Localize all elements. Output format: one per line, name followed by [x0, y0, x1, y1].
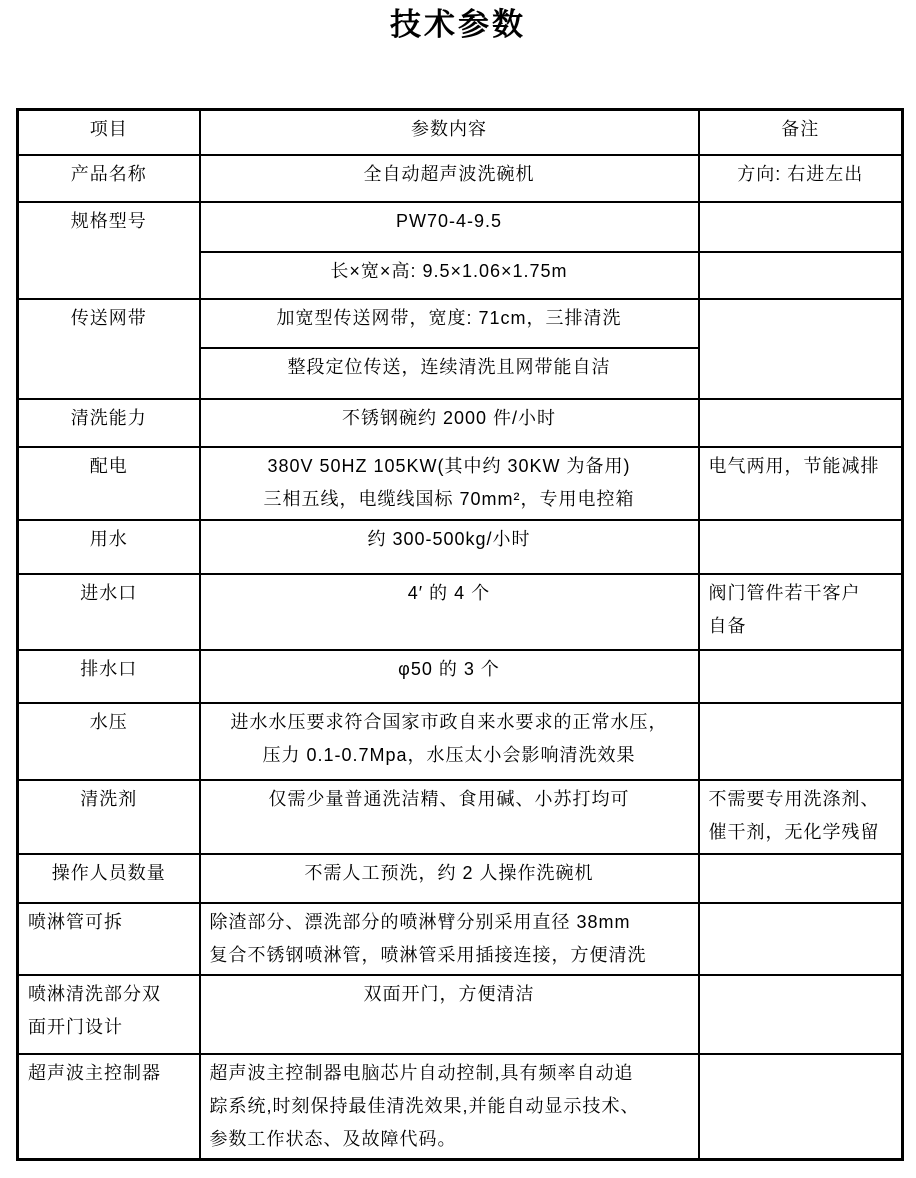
- cell-item: 水压: [18, 703, 200, 780]
- cell-remark: [699, 1054, 903, 1160]
- table-row: 用水 约 300-500kg/小时: [18, 520, 903, 574]
- cell-remark: [699, 299, 903, 399]
- cell-content: 长×宽×高: 9.5×1.06×1.75m: [200, 252, 699, 299]
- cell-item: 超声波主控制器: [18, 1054, 200, 1160]
- cell-content: 加宽型传送网带，宽度: 71cm，三排清洗: [200, 299, 699, 348]
- cell-remark: [699, 252, 903, 299]
- cell-content: 不锈钢碗约 2000 件/小时: [200, 399, 699, 447]
- cell-remark: 不需要专用洗涤剂、 催干剂，无化学残留: [699, 780, 903, 854]
- table-row: 水压 进水水压要求符合国家市政自来水要求的正常水压， 压力 0.1-0.7Mpa…: [18, 703, 903, 780]
- column-header-item: 项目: [18, 110, 200, 155]
- cell-item: 进水口: [18, 574, 200, 650]
- cell-remark: 电气两用，节能减排: [699, 447, 903, 520]
- table-row: 操作人员数量 不需人工预洗，约 2 人操作洗碗机: [18, 854, 903, 903]
- cell-item: 喷淋管可拆: [18, 903, 200, 975]
- table-row: 喷淋清洗部分双 面开门设计 双面开门，方便清洁: [18, 975, 903, 1054]
- cell-content: 进水水压要求符合国家市政自来水要求的正常水压， 压力 0.1-0.7Mpa，水压…: [200, 703, 699, 780]
- cell-content: 仅需少量普通洗洁精、食用碱、小苏打均可: [200, 780, 699, 854]
- cell-remark: [699, 903, 903, 975]
- table-row: 喷淋管可拆 除渣部分、漂洗部分的喷淋臂分别采用直径 38mm 复合不锈钢喷淋管，…: [18, 903, 903, 975]
- table-row: 产品名称 全自动超声波洗碗机 方向: 右进左出: [18, 155, 903, 202]
- column-header-content: 参数内容: [200, 110, 699, 155]
- cell-remark: 方向: 右进左出: [699, 155, 903, 202]
- table-header-row: 项目 参数内容 备注: [18, 110, 903, 155]
- table-row: 清洗剂 仅需少量普通洗洁精、食用碱、小苏打均可 不需要专用洗涤剂、 催干剂，无化…: [18, 780, 903, 854]
- cell-content: 除渣部分、漂洗部分的喷淋臂分别采用直径 38mm 复合不锈钢喷淋管，喷淋管采用插…: [200, 903, 699, 975]
- cell-item: 产品名称: [18, 155, 200, 202]
- cell-content: 整段定位传送，连续清洗且网带能自洁: [200, 348, 699, 399]
- cell-item: 清洗能力: [18, 399, 200, 447]
- cell-item: 用水: [18, 520, 200, 574]
- cell-remark: [699, 854, 903, 903]
- cell-content: 全自动超声波洗碗机: [200, 155, 699, 202]
- cell-remark: 阀门管件若干客户 自备: [699, 574, 903, 650]
- cell-content: 超声波主控制器电脑芯片自动控制,具有频率自动追 踪系统,时刻保持最佳清洗效果,并…: [200, 1054, 699, 1160]
- cell-item: 操作人员数量: [18, 854, 200, 903]
- cell-content: 约 300-500kg/小时: [200, 520, 699, 574]
- table-row: 进水口 4′ 的 4 个 阀门管件若干客户 自备: [18, 574, 903, 650]
- cell-remark: [699, 703, 903, 780]
- cell-content: 双面开门，方便清洁: [200, 975, 699, 1054]
- page-title: 技术参数: [0, 0, 916, 45]
- spec-table: 项目 参数内容 备注 产品名称 全自动超声波洗碗机 方向: 右进左出 规格型号 …: [16, 108, 904, 1161]
- table-row: 规格型号 PW70-4-9.5: [18, 202, 903, 252]
- document-page: 技术参数 项目 参数内容 备注 产品名称 全自动超声波洗碗机 方向: 右进左出 …: [0, 0, 916, 1178]
- cell-content: PW70-4-9.5: [200, 202, 699, 252]
- cell-remark: [699, 520, 903, 574]
- cell-content: φ50 的 3 个: [200, 650, 699, 703]
- cell-item: 规格型号: [18, 202, 200, 299]
- cell-content: 380V 50HZ 105KW(其中约 30KW 为备用) 三相五线，电缆线国标…: [200, 447, 699, 520]
- cell-remark: [699, 975, 903, 1054]
- table-row: 排水口 φ50 的 3 个: [18, 650, 903, 703]
- cell-item: 传送网带: [18, 299, 200, 399]
- cell-remark: [699, 399, 903, 447]
- table-row: 清洗能力 不锈钢碗约 2000 件/小时: [18, 399, 903, 447]
- cell-remark: [699, 202, 903, 252]
- table-row: 传送网带 加宽型传送网带，宽度: 71cm，三排清洗: [18, 299, 903, 348]
- column-header-remark: 备注: [699, 110, 903, 155]
- cell-item: 喷淋清洗部分双 面开门设计: [18, 975, 200, 1054]
- cell-remark: [699, 650, 903, 703]
- cell-content: 不需人工预洗，约 2 人操作洗碗机: [200, 854, 699, 903]
- table-row: 超声波主控制器 超声波主控制器电脑芯片自动控制,具有频率自动追 踪系统,时刻保持…: [18, 1054, 903, 1160]
- cell-item: 清洗剂: [18, 780, 200, 854]
- cell-item: 排水口: [18, 650, 200, 703]
- cell-item: 配电: [18, 447, 200, 520]
- cell-content: 4′ 的 4 个: [200, 574, 699, 650]
- table-row: 配电 380V 50HZ 105KW(其中约 30KW 为备用) 三相五线，电缆…: [18, 447, 903, 520]
